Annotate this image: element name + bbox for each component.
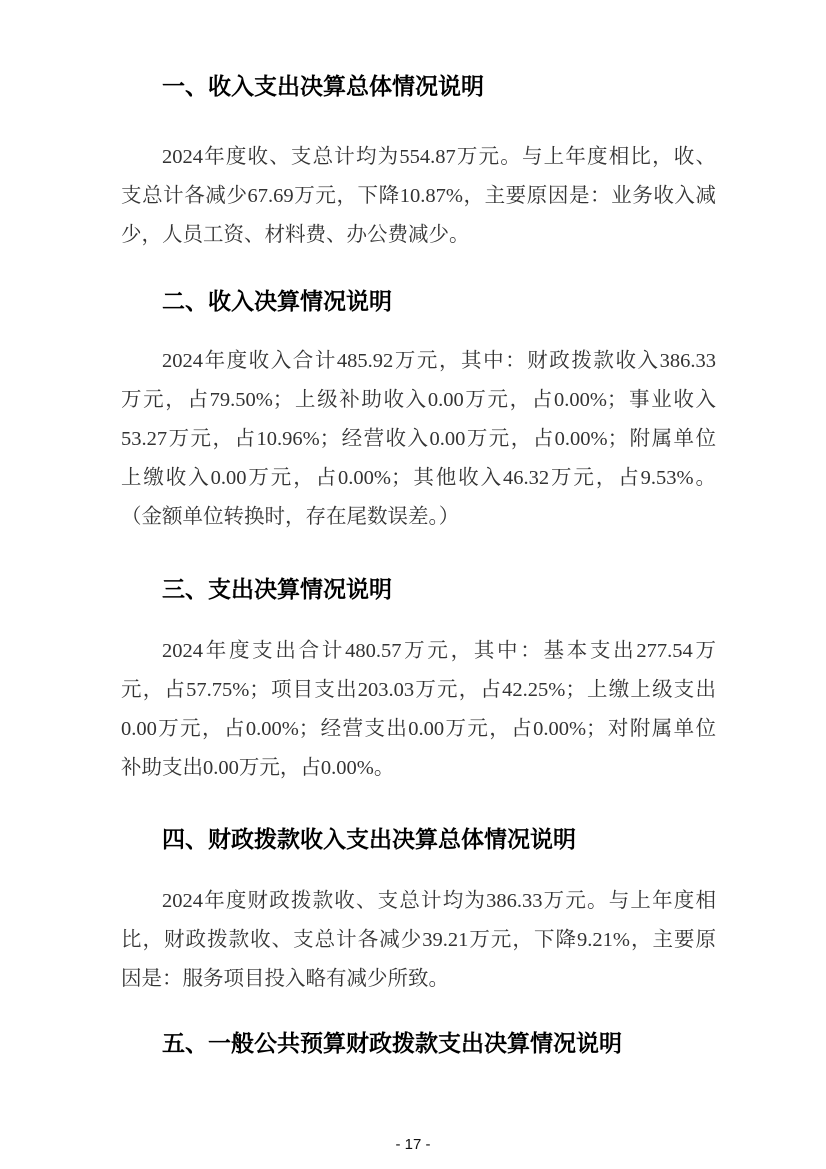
section-3-paragraph: 2024年度支出合计480.57万元，其中：基本支出277.54万 元，占57.… [121, 632, 716, 788]
paragraph-line: 支总计各减少67.69万元，下降10.87%，主要原因是：业务收入减 [121, 177, 716, 216]
paragraph-line: 2024年度支出合计480.57万元，其中：基本支出277.54万 [121, 632, 716, 671]
paragraph-line: 2024年度财政拨款收、支总计均为386.33万元。与上年度相 [121, 882, 716, 921]
document-page: 一、收入支出决算总体情况说明 2024年度收、支总计均为554.87万元。与上年… [0, 0, 826, 1169]
section-5-heading: 五、一般公共预算财政拨款支出决算情况说明 [121, 1028, 716, 1058]
paragraph-line: 上缴收入0.00万元，占0.00%；其他收入46.32万元，占9.53%。 [121, 459, 716, 498]
section-2-heading: 二、收入决算情况说明 [121, 286, 716, 316]
section-4-heading: 四、财政拨款收入支出决算总体情况说明 [121, 824, 716, 854]
section-4-paragraph: 2024年度财政拨款收、支总计均为386.33万元。与上年度相 比，财政拨款收、… [121, 882, 716, 999]
paragraph-line: 53.27万元，占10.96%；经营收入0.00万元，占0.00%；附属单位 [121, 420, 716, 459]
paragraph-line: 少，人员工资、材料费、办公费减少。 [121, 216, 716, 255]
paragraph-line: 万元，占79.50%；上级补助收入0.00万元，占0.00%；事业收入 [121, 381, 716, 420]
paragraph-line: 2024年度收、支总计均为554.87万元。与上年度相比，收、 [121, 138, 716, 177]
section-1-paragraph: 2024年度收、支总计均为554.87万元。与上年度相比，收、 支总计各减少67… [121, 138, 716, 255]
section-2-paragraph: 2024年度收入合计485.92万元，其中：财政拨款收入386.33 万元，占7… [121, 342, 716, 537]
paragraph-line: 比，财政拨款收、支总计各减少39.21万元，下降9.21%，主要原 [121, 921, 716, 960]
paragraph-line: （金额单位转换时，存在尾数误差。） [121, 498, 716, 537]
paragraph-line: 2024年度收入合计485.92万元，其中：财政拨款收入386.33 [121, 342, 716, 381]
paragraph-line: 因是：服务项目投入略有减少所致。 [121, 960, 716, 999]
page-footer: - 17 - [0, 1136, 826, 1154]
section-1-heading: 一、收入支出决算总体情况说明 [121, 71, 716, 101]
section-3-heading: 三、支出决算情况说明 [121, 574, 716, 604]
paragraph-line: 元，占57.75%；项目支出203.03万元，占42.25%；上缴上级支出 [121, 671, 716, 710]
page-number: - 17 - [395, 1136, 430, 1153]
paragraph-line: 0.00万元，占0.00%；经营支出0.00万元，占0.00%；对附属单位 [121, 710, 716, 749]
paragraph-line: 补助支出0.00万元，占0.00%。 [121, 749, 716, 788]
